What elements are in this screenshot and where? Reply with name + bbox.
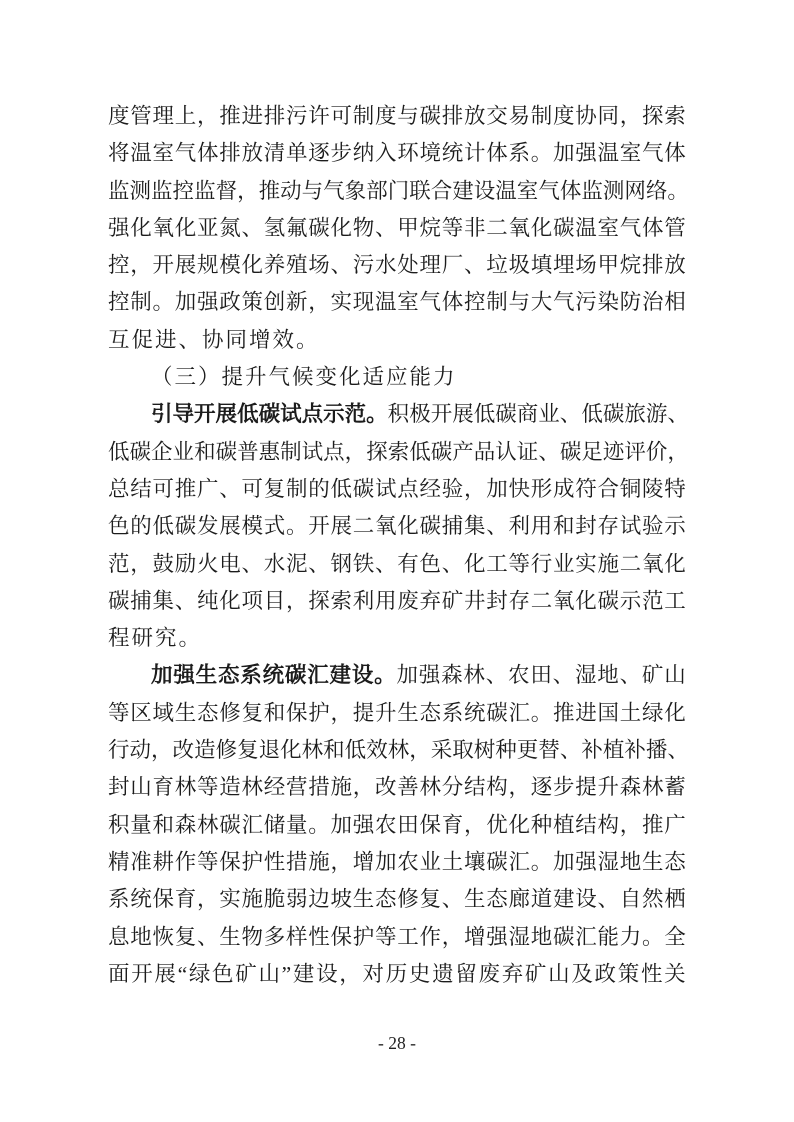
text-char: 排 — [264, 98, 286, 135]
text-line: 控制。加强政策创新，实现温室气体控制与大气污染防治相 — [108, 284, 686, 321]
text-char: ， — [197, 881, 219, 918]
text-char: 业 — [553, 546, 575, 583]
document-page: 度管理上，推进排污许可制度与碳排放交易制度协同，探索将温室气体排放清单逐步纳入环… — [0, 0, 794, 1122]
text-char: 废 — [479, 956, 501, 993]
text-char: 快 — [509, 471, 531, 508]
text-char: 弃 — [502, 956, 524, 993]
text-char: 建 — [293, 956, 315, 993]
text-char: 色 — [108, 508, 130, 545]
text-char: 强 — [419, 657, 441, 694]
text-char: 系 — [509, 135, 531, 172]
text-line: （三）提升气候变化适应能力 — [108, 359, 686, 396]
text-char: 推 — [219, 98, 241, 135]
text-char: 种 — [531, 807, 553, 844]
text-line: 引导开展低碳试点示范。积极开展低碳商业、低碳旅游、 — [108, 396, 686, 433]
text-char: 业 — [173, 434, 195, 471]
text-char: 处 — [397, 247, 419, 284]
text-char: 评 — [624, 434, 646, 471]
text-char: 措 — [308, 769, 330, 806]
text-char: 推 — [259, 173, 281, 210]
text-char: 物 — [353, 210, 375, 247]
text-char: 氧 — [642, 546, 664, 583]
text-char: 封 — [108, 769, 130, 806]
text-line: 监测监控监督，推动与气象部门联合建设温室气体监测网络。 — [108, 173, 686, 210]
bold-lead-char: 系 — [240, 657, 262, 694]
text-char: 动 — [280, 173, 302, 210]
text-char: 生 — [175, 695, 197, 732]
text-char: 项 — [242, 583, 264, 620]
text-char: 弱 — [286, 881, 308, 918]
text-char: 展 — [219, 508, 241, 545]
text-char: 护 — [242, 844, 264, 881]
text-char: 汇 — [509, 695, 531, 732]
text-char: 同 — [598, 98, 620, 135]
text-char: 管 — [130, 98, 152, 135]
text-char: 度 — [108, 98, 130, 135]
text-char: 结 — [464, 769, 486, 806]
bold-lead-char: 统 — [263, 657, 285, 694]
text-char: ， — [409, 732, 431, 769]
text-char: 、 — [219, 471, 241, 508]
text-char: “ — [178, 956, 188, 993]
text-char: 设 — [575, 881, 597, 918]
text-char: 污 — [575, 284, 597, 321]
text-char: 对 — [363, 956, 385, 993]
text-char: 。 — [531, 695, 553, 732]
text-char: 象 — [345, 173, 367, 210]
text-char: 控 — [173, 173, 195, 210]
text-char: 钢 — [331, 546, 353, 583]
text-char: 加 — [331, 807, 353, 844]
text-char: 积 — [108, 807, 130, 844]
text-char: 设 — [474, 173, 496, 210]
text-char: 。 — [286, 508, 308, 545]
text-char: 自 — [620, 881, 642, 918]
text-char: 逐 — [531, 769, 553, 806]
text-char: 。 — [531, 844, 553, 881]
text-char: 逐 — [308, 135, 330, 172]
text-char: 创 — [264, 284, 286, 321]
text-line: 范，鼓励火电、水泥、钢铁、有色、化工等行业实施二氧化 — [108, 546, 686, 583]
text-char: 碳 — [130, 434, 152, 471]
text-char: 坡 — [331, 881, 353, 918]
text-char: 广 — [197, 471, 219, 508]
text-char: 染 — [598, 284, 620, 321]
text-char: 分 — [442, 769, 464, 806]
text-char: 农 — [508, 657, 530, 694]
text-char: 监 — [151, 173, 173, 210]
text-char: 更 — [517, 732, 539, 769]
text-char: 鼓 — [153, 546, 175, 583]
text-char: 行 — [531, 546, 553, 583]
text-char: 温 — [575, 210, 597, 247]
text-char: 低 — [153, 508, 175, 545]
text-char: 汇 — [242, 807, 264, 844]
text-char: 生 — [219, 919, 241, 956]
section-heading: （三）提升气候变化适应能力 — [108, 359, 686, 396]
text-char: 亚 — [197, 210, 219, 247]
text-char: 度 — [375, 98, 397, 135]
text-char: 理 — [420, 247, 442, 284]
text-char: 范 — [108, 546, 130, 583]
text-char: 废 — [397, 583, 419, 620]
text-char: 工 — [397, 919, 419, 956]
text-char: 将 — [108, 135, 130, 172]
text-line: 程研究。 — [108, 620, 686, 657]
text-char: 农 — [397, 844, 419, 881]
text-line: 面开展“绿色矿山”建设，对历史遗留废弃矿山及政策性关 — [108, 956, 686, 993]
text-char: 化 — [664, 695, 686, 732]
text-char: 制 — [286, 471, 308, 508]
text-char: 积 — [388, 396, 410, 433]
bold-lead-char: 态 — [218, 657, 240, 694]
text-char: 低 — [581, 396, 603, 433]
text-char: 生 — [353, 881, 375, 918]
text-char: 和 — [194, 434, 216, 471]
text-char: 经 — [420, 471, 442, 508]
text-char: 圾 — [509, 247, 531, 284]
text-char: 、 — [331, 247, 353, 284]
text-char: 森 — [175, 807, 197, 844]
text-char: 多 — [264, 919, 286, 956]
text-char: 电 — [219, 546, 241, 583]
bold-lead-char: 加 — [151, 657, 173, 694]
text-char: 二 — [486, 210, 508, 247]
text-char: 监 — [194, 173, 216, 210]
text-char: 示 — [664, 508, 686, 545]
text-char: 气 — [553, 284, 575, 321]
text-char: 污 — [286, 98, 308, 135]
text-char: 弃 — [420, 583, 442, 620]
text-line: 互促进、协同增效。 — [108, 322, 686, 359]
text-char: 全 — [664, 919, 686, 956]
text-char: 气 — [538, 173, 560, 210]
text-char: 加 — [486, 471, 508, 508]
bold-lead-char: 碳 — [285, 657, 307, 694]
text-char: 、 — [486, 657, 508, 694]
text-char: 边 — [308, 881, 330, 918]
text-char: 场 — [575, 247, 597, 284]
text-char: 化 — [175, 210, 197, 247]
text-char: 碳 — [216, 434, 238, 471]
text-char: 交 — [486, 98, 508, 135]
text-char: 造 — [194, 732, 216, 769]
text-char: 力 — [620, 919, 642, 956]
text-char: 道 — [531, 881, 553, 918]
text-char: 、 — [598, 881, 620, 918]
text-char: 气 — [642, 135, 664, 172]
text-char: 态 — [197, 695, 219, 732]
text-char: 示 — [620, 583, 642, 620]
text-char: 用 — [531, 508, 553, 545]
text-char: 普 — [237, 434, 259, 471]
text-char: 理 — [153, 98, 175, 135]
text-char: 可 — [242, 471, 264, 508]
text-char: 成 — [553, 471, 575, 508]
text-char: 修 — [397, 881, 419, 918]
text-char: ， — [331, 844, 353, 881]
text-char: 林 — [302, 732, 324, 769]
text-char: 提 — [575, 769, 597, 806]
text-char: 探 — [308, 583, 330, 620]
text-char: 体 — [560, 173, 582, 210]
text-char: 排 — [442, 98, 464, 135]
text-char: 泥 — [286, 546, 308, 583]
text-char: 护 — [308, 695, 330, 732]
text-char: 加 — [175, 284, 197, 321]
text-char: 烷 — [420, 210, 442, 247]
text-line: 控，开展规模化养殖场、污水处理厂、垃圾填埋场甲烷排放 — [108, 247, 686, 284]
text-char: 低 — [345, 732, 367, 769]
text-char: 索 — [664, 98, 686, 135]
text-char: 室 — [517, 173, 539, 210]
text-char: 加 — [553, 844, 575, 881]
text-char: 林 — [175, 769, 197, 806]
text-char: 厂 — [442, 247, 464, 284]
text-char: 与 — [397, 98, 419, 135]
text-char: 展 — [175, 247, 197, 284]
text-char: 二 — [531, 583, 553, 620]
text-char: 性 — [641, 956, 663, 993]
text-char: 栖 — [664, 881, 686, 918]
text-char: 碳 — [420, 508, 442, 545]
text-char: 取 — [452, 732, 474, 769]
text-char: 、 — [560, 732, 582, 769]
text-char: 蓄 — [664, 769, 686, 806]
text-char: 系 — [442, 695, 464, 732]
text-char: 火 — [197, 546, 219, 583]
text-char: ， — [353, 769, 375, 806]
text-char: 育 — [175, 881, 197, 918]
text-char: 、 — [442, 546, 464, 583]
text-char: ， — [620, 98, 642, 135]
text-char: 二 — [620, 546, 642, 583]
text-char: ， — [464, 807, 486, 844]
text-char: 氧 — [375, 508, 397, 545]
text-char: 息 — [108, 919, 130, 956]
text-line: 封山育林等造林经营措施，改善林分结构，逐步提升森林蓄 — [108, 769, 686, 806]
text-char: 强 — [353, 807, 375, 844]
text-char: 控 — [108, 247, 130, 284]
text-char: 放 — [664, 247, 686, 284]
text-char: 惠 — [259, 434, 281, 471]
text-char: 碳 — [598, 583, 620, 620]
text-char: 田 — [530, 657, 552, 694]
text-char: ， — [464, 471, 486, 508]
text-char: ， — [331, 695, 353, 732]
text-char: 、 — [442, 881, 464, 918]
text-char: 复 — [264, 471, 286, 508]
text-char: 井 — [464, 583, 486, 620]
text-char: ， — [339, 956, 361, 993]
text-char: 替 — [538, 732, 560, 769]
bold-lead-char: 导 — [173, 396, 195, 433]
text-char: 矿 — [442, 583, 464, 620]
text-char: 境 — [420, 135, 442, 172]
text-char: 发 — [197, 508, 219, 545]
text-char: 然 — [642, 881, 664, 918]
text-char: 山 — [664, 657, 686, 694]
text-char: 、 — [308, 546, 330, 583]
text-char: 植 — [603, 732, 625, 769]
text-line: 总结可推广、可复制的低碳试点经验，加快形成符合铜陵特 — [108, 471, 686, 508]
text-char: 证 — [517, 434, 539, 471]
text-char: 绿 — [189, 956, 211, 993]
text-char: 采 — [431, 732, 453, 769]
text-char: 集 — [153, 583, 175, 620]
text-char: 认 — [495, 434, 517, 471]
text-char: 集 — [464, 508, 486, 545]
text-char: 水 — [375, 247, 397, 284]
text-segment: 互促进、协同增效。 — [108, 328, 320, 352]
text-char: 温 — [375, 284, 397, 321]
text-char: 甲 — [598, 247, 620, 284]
text-char: 色 — [420, 546, 442, 583]
text-char: 育 — [442, 807, 464, 844]
text-char: 作 — [420, 919, 442, 956]
text-char: 业 — [538, 396, 560, 433]
text-char: 游 — [646, 396, 668, 433]
text-char: 排 — [219, 135, 241, 172]
text-char: 氮 — [219, 210, 241, 247]
text-char: 域 — [153, 695, 175, 732]
text-char: 实 — [219, 881, 241, 918]
text-char: 模 — [219, 247, 241, 284]
text-char: 实 — [331, 284, 353, 321]
text-char: 殖 — [286, 247, 308, 284]
text-char: 湿 — [509, 919, 531, 956]
text-line: 系统保育，实施脆弱边坡生态修复、生态廊道建设、自然栖 — [108, 881, 686, 918]
text-line: 加强生态系统碳汇建设。加强森林、农田、湿地、矿山 — [108, 657, 686, 694]
text-char: 提 — [353, 695, 375, 732]
text-char: 化 — [130, 210, 152, 247]
bold-lead-char: 。 — [366, 396, 388, 433]
text-char: 展 — [331, 508, 353, 545]
text-char: 放 — [464, 98, 486, 135]
text-char: 价 — [646, 434, 668, 471]
text-char: 工 — [664, 583, 686, 620]
text-char: 构 — [598, 807, 620, 844]
text-char: 利 — [509, 508, 531, 545]
text-char: 垃 — [486, 247, 508, 284]
text-char: 陵 — [642, 471, 664, 508]
text-char: 建 — [553, 881, 575, 918]
text-char: ， — [308, 284, 330, 321]
text-char: 经 — [264, 769, 286, 806]
text-char: 治 — [642, 284, 664, 321]
text-char: 等 — [375, 919, 397, 956]
text-char: 与 — [302, 173, 324, 210]
text-line: 碳捕集、纯化项目，探索利用废弃矿井封存二氧化碳示范工 — [108, 583, 686, 620]
text-char: 室 — [598, 210, 620, 247]
text-char: 推 — [642, 807, 664, 844]
text-char: 计 — [464, 135, 486, 172]
text-char: 、 — [375, 546, 397, 583]
text-char: 施 — [598, 546, 620, 583]
text-char: ， — [345, 434, 367, 471]
text-char: ” — [282, 956, 292, 993]
text-char: 碳 — [486, 695, 508, 732]
text-char: 量 — [130, 807, 152, 844]
text-char: 设 — [316, 956, 338, 993]
text-char: 甲 — [397, 210, 419, 247]
text-char: 进 — [575, 695, 597, 732]
text-char: 统 — [464, 695, 486, 732]
text-char: 、 — [464, 247, 486, 284]
text-char: 测 — [603, 173, 625, 210]
text-line: 强化氧化亚氮、氢氟碳化物、甲烷等非二氧化碳温室气体管 — [108, 210, 686, 247]
text-char: 温 — [495, 173, 517, 210]
text-char: 化 — [509, 807, 531, 844]
text-char: 统 — [442, 135, 464, 172]
text-char: 绿 — [642, 695, 664, 732]
text-char: 合 — [598, 471, 620, 508]
text-char: 国 — [598, 695, 620, 732]
text-char: 和 — [264, 695, 286, 732]
text-char: 保 — [286, 695, 308, 732]
text-char: 捕 — [442, 508, 464, 545]
text-char: 试 — [620, 508, 642, 545]
text-char: 上 — [175, 98, 197, 135]
text-char: 补 — [581, 732, 603, 769]
text-char: 林 — [463, 657, 485, 694]
text-char: 政 — [595, 956, 617, 993]
text-char: 矿 — [642, 657, 664, 694]
bold-lead-char: 碳 — [259, 396, 281, 433]
text-char: 化 — [242, 247, 264, 284]
text-char: 的 — [130, 508, 152, 545]
text-char: 升 — [375, 695, 397, 732]
text-char: 汇 — [509, 844, 531, 881]
text-char: 修 — [219, 695, 241, 732]
text-char: 、 — [667, 732, 689, 769]
text-char: 、 — [538, 434, 560, 471]
text-char: 企 — [151, 434, 173, 471]
text-line: 积量和森林碳汇储量。加强农田保育，优化种植结构，推广 — [108, 807, 686, 844]
text-char: 、 — [242, 546, 264, 583]
text-char: 展 — [452, 396, 474, 433]
text-char: 体 — [664, 135, 686, 172]
text-char: 湿 — [598, 844, 620, 881]
text-char: 存 — [509, 583, 531, 620]
text-char: 铁 — [353, 546, 375, 583]
text-char: 室 — [153, 135, 175, 172]
text-char: 等 — [197, 844, 219, 881]
text-char: 善 — [397, 769, 419, 806]
text-line: 息地恢复、生物多样性保护等工作，增强湿地碳汇能力。全 — [108, 919, 686, 956]
text-char: 退 — [259, 732, 281, 769]
text-char: 新 — [286, 284, 308, 321]
text-char: 模 — [242, 508, 264, 545]
text-char: 室 — [397, 284, 419, 321]
text-char: 。 — [642, 919, 664, 956]
text-char: 增 — [464, 919, 486, 956]
text-char: 强 — [108, 210, 130, 247]
text-char: 样 — [286, 919, 308, 956]
text-char: 及 — [571, 956, 593, 993]
text-char: 碳 — [553, 210, 575, 247]
text-char: 与 — [509, 284, 531, 321]
text-char: 。 — [308, 807, 330, 844]
text-char: 策 — [242, 284, 264, 321]
text-char: 填 — [531, 247, 553, 284]
text-char: 烷 — [620, 247, 642, 284]
text-char: 碳 — [553, 919, 575, 956]
text-char: 态 — [375, 881, 397, 918]
text-char: 碳 — [353, 471, 375, 508]
text-char: 可 — [331, 98, 353, 135]
text-char: 营 — [286, 769, 308, 806]
